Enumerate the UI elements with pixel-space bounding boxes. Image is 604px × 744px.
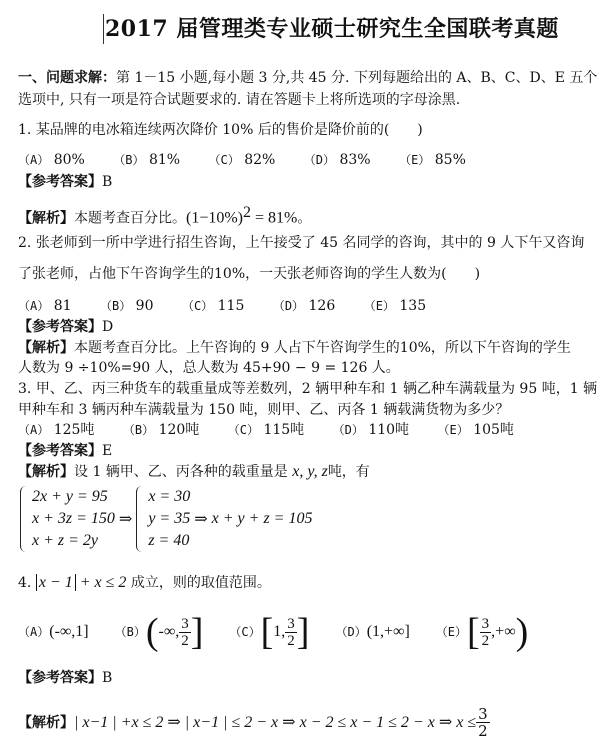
option-e: （E） 135 (364, 296, 426, 316)
question-3-answer: 【参考答案】E (18, 441, 112, 461)
option-b: （B） 81% (113, 150, 180, 170)
question-1-answer: 【参考答案】B (18, 172, 112, 192)
option-e: （E） [32,+∞) (436, 612, 528, 652)
system-right: x = 30 y = 35 z = 40 (136, 486, 190, 552)
option-a: （A） 125吨 (18, 420, 94, 440)
system-left: 2x + y = 95 x + 3z = 150 x + z = 2y (20, 486, 115, 552)
option-b: （B） (-∞,32] (115, 612, 204, 652)
question-1-analysis: 【解析】本题考查百分比。(1−10%)2 = 81%。 (18, 203, 311, 229)
question-2-options: （A） 81 （B） 90 （C） 115 （D） 126 （E） 135 (18, 296, 426, 316)
option-a: （A） 81 (18, 296, 72, 316)
question-2-stem-line-2: 了张老师，占他下午咨询学生的10%，一天张老师咨询的学生人数为( ) (18, 264, 480, 284)
question-4-analysis: 【解析】 | x−1 | +x ≤ 2 ⇒ | x−1 | ≤ 2 − x ⇒ … (18, 706, 490, 739)
answer-value: B (102, 174, 112, 190)
question-3-stem-line-1: 3. 甲、乙、丙三种货车的载重量成等差数列，2 辆甲种车和 1 辆乙种车满载量为… (18, 379, 597, 399)
question-2-answer: 【参考答案】D (18, 317, 113, 337)
option-a: （A） 80% (18, 150, 85, 170)
analysis-label: 【解析】 (18, 211, 74, 227)
question-3-stem-line-2: 甲种车和 3 辆丙种车满载量为 150 吨，则甲、乙、丙各 1 辆载满货物为多少… (18, 400, 509, 420)
system-result: x + y + z = 105 (212, 510, 313, 527)
question-2-stem-line-1: 2. 张老师到一所中学进行招生咨询，上午接受了 45 名同学的咨询，其中的 9 … (18, 233, 584, 253)
answer-label: 【参考答案】 (18, 174, 102, 190)
question-2-analysis-line-2: 人数为 9 ÷10%=90 人，总人数为 45+90 − 9 = 126 人。 (18, 358, 400, 378)
option-e: （E） 85% (399, 150, 466, 170)
instruction-line-2: 选项中, 只有一项是符合试题要求的. 请在答题卡上将所选项的字母涂黑. (18, 90, 460, 110)
question-2-analysis-line-1: 【解析】本题考查百分比。上午咨询的 9 人占下午咨询学生的10%，所以下午咨询的… (18, 338, 571, 358)
question-number: 1. (18, 122, 31, 138)
instruction-line-1: 第 1－15 小题,每小题 3 分,共 45 分. 下列每题给出的 A、B、C、… (116, 70, 597, 86)
option-c: （C） 82% (209, 150, 276, 170)
option-c: （C） 115吨 (228, 420, 304, 440)
option-c: （C） 115 (182, 296, 244, 316)
option-d: （D） 110吨 (333, 420, 409, 440)
question-3-options: （A） 125吨 （B） 120吨 （C） 115吨 （D） 110吨 （E） … (18, 420, 514, 440)
question-4-stem: 4. x − 1 + x ≤ 2 成立，则的取值范围。 (18, 573, 271, 593)
question-1-options: （A） 80% （B） 81% （C） 82% （D） 83% （E） 85% (18, 150, 466, 170)
question-4-answer: 【参考答案】B (18, 668, 112, 688)
option-c: （C） [1,32] (229, 612, 309, 652)
option-d: （D） (1,+∞] (335, 622, 409, 642)
document-title: 2017 届管理类专业硕士研究生全国联考真题 (103, 14, 559, 44)
question-3-analysis: 【解析】设 1 辆甲、乙、丙各种的载重量是 x, y, z吨，有 (18, 462, 370, 482)
section-instructions: 一、问题求解：第 1－15 小题,每小题 3 分,共 45 分. 下列每题给出的… (18, 68, 597, 88)
question-text: 某品牌的电冰箱连续两次降价 10% 后的售价是降价前的( ) (36, 122, 423, 138)
option-d: （D） 83% (304, 150, 371, 170)
section-heading: 一、问题求解： (18, 70, 116, 86)
question-4-options: （A） (-∞,1] （B） (-∞,32] （C） [1,32] （D） (1… (18, 612, 528, 652)
option-e: （E） 105吨 (438, 420, 514, 440)
option-a: （A） (-∞,1] (18, 622, 89, 642)
option-d: （D） 126 (273, 296, 335, 316)
equation-system: 2x + y = 95 x + 3z = 150 x + z = 2y ⇒ x … (20, 486, 312, 552)
question-1-stem: 1. 某品牌的电冰箱连续两次降价 10% 后的售价是降价前的( ) (18, 120, 423, 140)
option-b: （B） 90 (100, 296, 154, 316)
exam-page: 2017 届管理类专业硕士研究生全国联考真题 一、问题求解：第 1－15 小题,… (0, 0, 604, 744)
option-b: （B） 120吨 (123, 420, 199, 440)
